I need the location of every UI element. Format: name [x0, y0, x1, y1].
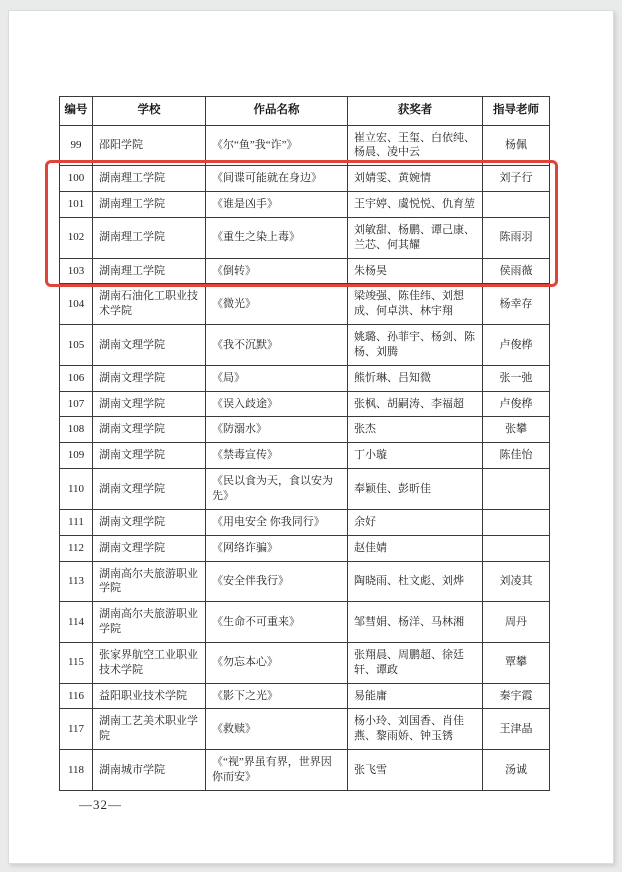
table-row: 117湖南工艺美术职业学院《救赎》杨小玲、刘国香、肖佳燕、黎雨娇、钟玉锈王津晶 [60, 709, 550, 750]
row-number-cell: 102 [60, 217, 93, 258]
school-cell: 湖南理工学院 [93, 166, 206, 192]
winners-cell: 陶晓雨、杜文彪、刘烨 [348, 561, 483, 602]
school-cell: 邵阳学院 [93, 125, 206, 166]
school-cell: 湖南文理学院 [93, 443, 206, 469]
work-title-cell: 《微光》 [206, 284, 348, 325]
school-cell: 湖南石油化工职业技术学院 [93, 284, 206, 325]
winners-cell: 张翔晨、周鹏超、徐廷轩、谭政 [348, 642, 483, 683]
table-row: 107湖南文理学院《误入歧途》张枫、胡嗣涛、李福超卢俊桦 [60, 391, 550, 417]
row-number-cell: 116 [60, 683, 93, 709]
work-title-cell: 《禁毒宣传》 [206, 443, 348, 469]
table-row: 100湖南理工学院《间谍可能就在身边》刘婧雯、黄婉情刘子行 [60, 166, 550, 192]
winners-cell: 奉颖佳、彭昕佳 [348, 469, 483, 510]
teacher-cell: 卢俊桦 [483, 391, 550, 417]
work-title-cell: 《局》 [206, 365, 348, 391]
teacher-cell [483, 535, 550, 561]
table-row: 110湖南文理学院《民以食为天，食以安为先》奉颖佳、彭昕佳 [60, 469, 550, 510]
school-cell: 湖南文理学院 [93, 391, 206, 417]
work-title-cell: 《勿忘本心》 [206, 642, 348, 683]
teacher-cell [483, 192, 550, 218]
work-title-cell: 《倒转》 [206, 258, 348, 284]
work-title-cell: 《救赎》 [206, 709, 348, 750]
row-number-cell: 110 [60, 469, 93, 510]
teacher-cell [483, 509, 550, 535]
table-row: 113湖南高尔夫旅游职业学院《安全伴我行》陶晓雨、杜文彪、刘烨刘凌其 [60, 561, 550, 602]
row-number-cell: 101 [60, 192, 93, 218]
header-school: 学校 [93, 97, 206, 126]
page-number: —32— [79, 797, 122, 813]
school-cell: 益阳职业技术学院 [93, 683, 206, 709]
teacher-cell: 陈佳怡 [483, 443, 550, 469]
work-title-cell: 《生命不可重来》 [206, 602, 348, 643]
row-number-cell: 108 [60, 417, 93, 443]
winners-cell: 丁小璇 [348, 443, 483, 469]
table-row: 105湖南文理学院《我不沉默》姚璐、孙菲宇、杨剑、陈杨、刘腾卢俊桦 [60, 325, 550, 366]
row-number-cell: 118 [60, 750, 93, 791]
school-cell: 张家界航空工业职业技术学院 [93, 642, 206, 683]
teacher-cell: 侯雨薇 [483, 258, 550, 284]
work-title-cell: 《用电安全 你我同行》 [206, 509, 348, 535]
winners-cell: 张枫、胡嗣涛、李福超 [348, 391, 483, 417]
header-number: 编号 [60, 97, 93, 126]
teacher-cell: 卢俊桦 [483, 325, 550, 366]
document-page: 编号 学校 作品名称 获奖者 指导老师 99邵阳学院《尔“鱼”我“诈”》崔立宏、… [8, 10, 614, 864]
row-number-cell: 115 [60, 642, 93, 683]
teacher-cell: 秦宇霞 [483, 683, 550, 709]
school-cell: 湖南高尔夫旅游职业学院 [93, 561, 206, 602]
winners-cell: 邹彗娟、杨洋、马林湘 [348, 602, 483, 643]
work-title-cell: 《间谍可能就在身边》 [206, 166, 348, 192]
row-number-cell: 99 [60, 125, 93, 166]
teacher-cell: 张一弛 [483, 365, 550, 391]
school-cell: 湖南工艺美术职业学院 [93, 709, 206, 750]
teacher-cell: 杨佩 [483, 125, 550, 166]
work-title-cell: 《安全伴我行》 [206, 561, 348, 602]
table-row: 111湖南文理学院《用电安全 你我同行》余好 [60, 509, 550, 535]
row-number-cell: 100 [60, 166, 93, 192]
row-number-cell: 112 [60, 535, 93, 561]
table-row: 115张家界航空工业职业技术学院《勿忘本心》张翔晨、周鹏超、徐廷轩、谭政覃攀 [60, 642, 550, 683]
header-title: 作品名称 [206, 97, 348, 126]
work-title-cell: 《误入歧途》 [206, 391, 348, 417]
school-cell: 湖南理工学院 [93, 258, 206, 284]
winners-cell: 崔立宏、王玺、白依纯、杨晨、凌中云 [348, 125, 483, 166]
row-number-cell: 106 [60, 365, 93, 391]
work-title-cell: 《尔“鱼”我“诈”》 [206, 125, 348, 166]
table-row: 106湖南文理学院《局》熊忻琳、吕知微张一弛 [60, 365, 550, 391]
work-title-cell: 《防溺水》 [206, 417, 348, 443]
row-number-cell: 117 [60, 709, 93, 750]
winners-cell: 杨小玲、刘国香、肖佳燕、黎雨娇、钟玉锈 [348, 709, 483, 750]
winners-cell: 刘婧雯、黄婉情 [348, 166, 483, 192]
work-title-cell: 《网络诈骗》 [206, 535, 348, 561]
row-number-cell: 109 [60, 443, 93, 469]
teacher-cell: 刘凌其 [483, 561, 550, 602]
table-row: 103湖南理工学院《倒转》朱杨昊侯雨薇 [60, 258, 550, 284]
table-row: 99邵阳学院《尔“鱼”我“诈”》崔立宏、王玺、白依纯、杨晨、凌中云杨佩 [60, 125, 550, 166]
teacher-cell: 杨幸存 [483, 284, 550, 325]
table-row: 104湖南石油化工职业技术学院《微光》梁竣强、陈佳纬、刘想成、何卓洪、林宇翔杨幸… [60, 284, 550, 325]
school-cell: 湖南文理学院 [93, 325, 206, 366]
awards-table: 编号 学校 作品名称 获奖者 指导老师 99邵阳学院《尔“鱼”我“诈”》崔立宏、… [59, 96, 550, 791]
school-cell: 湖南文理学院 [93, 509, 206, 535]
school-cell: 湖南文理学院 [93, 469, 206, 510]
winners-cell: 朱杨昊 [348, 258, 483, 284]
winners-cell: 余好 [348, 509, 483, 535]
table-row: 116益阳职业技术学院《影下之光》易能庸秦宇霞 [60, 683, 550, 709]
school-cell: 湖南文理学院 [93, 417, 206, 443]
table-row: 118湖南城市学院《“视”界虽有界，世界因你而安》张飞雪汤诚 [60, 750, 550, 791]
winners-cell: 熊忻琳、吕知微 [348, 365, 483, 391]
table-header-row: 编号 学校 作品名称 获奖者 指导老师 [60, 97, 550, 126]
header-teacher: 指导老师 [483, 97, 550, 126]
table-row: 101湖南理工学院《谁是凶手》王宇婷、虞悦悦、仇育堃 [60, 192, 550, 218]
winners-cell: 张杰 [348, 417, 483, 443]
row-number-cell: 105 [60, 325, 93, 366]
winners-cell: 赵佳婧 [348, 535, 483, 561]
winners-cell: 梁竣强、陈佳纬、刘想成、何卓洪、林宇翔 [348, 284, 483, 325]
teacher-cell: 陈雨羽 [483, 217, 550, 258]
school-cell: 湖南理工学院 [93, 192, 206, 218]
teacher-cell: 覃攀 [483, 642, 550, 683]
teacher-cell: 王津晶 [483, 709, 550, 750]
table-row: 102湖南理工学院《重生之染上毒》刘敏甜、杨鹏、谭己康、兰芯、何其耀陈雨羽 [60, 217, 550, 258]
school-cell: 湖南理工学院 [93, 217, 206, 258]
school-cell: 湖南文理学院 [93, 535, 206, 561]
teacher-cell: 周丹 [483, 602, 550, 643]
school-cell: 湖南高尔夫旅游职业学院 [93, 602, 206, 643]
winners-cell: 易能庸 [348, 683, 483, 709]
row-number-cell: 103 [60, 258, 93, 284]
school-cell: 湖南城市学院 [93, 750, 206, 791]
winners-cell: 王宇婷、虞悦悦、仇育堃 [348, 192, 483, 218]
school-cell: 湖南文理学院 [93, 365, 206, 391]
work-title-cell: 《我不沉默》 [206, 325, 348, 366]
work-title-cell: 《民以食为天，食以安为先》 [206, 469, 348, 510]
row-number-cell: 111 [60, 509, 93, 535]
row-number-cell: 114 [60, 602, 93, 643]
teacher-cell [483, 469, 550, 510]
table-row: 109湖南文理学院《禁毒宣传》丁小璇陈佳怡 [60, 443, 550, 469]
row-number-cell: 107 [60, 391, 93, 417]
table-row: 112湖南文理学院《网络诈骗》赵佳婧 [60, 535, 550, 561]
row-number-cell: 104 [60, 284, 93, 325]
winners-cell: 张飞雪 [348, 750, 483, 791]
winners-cell: 姚璐、孙菲宇、杨剑、陈杨、刘腾 [348, 325, 483, 366]
teacher-cell: 汤诚 [483, 750, 550, 791]
work-title-cell: 《影下之光》 [206, 683, 348, 709]
teacher-cell: 张攀 [483, 417, 550, 443]
work-title-cell: 《谁是凶手》 [206, 192, 348, 218]
work-title-cell: 《“视”界虽有界，世界因你而安》 [206, 750, 348, 791]
header-winners: 获奖者 [348, 97, 483, 126]
table-row: 108湖南文理学院《防溺水》张杰张攀 [60, 417, 550, 443]
teacher-cell: 刘子行 [483, 166, 550, 192]
table-row: 114湖南高尔夫旅游职业学院《生命不可重来》邹彗娟、杨洋、马林湘周丹 [60, 602, 550, 643]
work-title-cell: 《重生之染上毒》 [206, 217, 348, 258]
winners-cell: 刘敏甜、杨鹏、谭己康、兰芯、何其耀 [348, 217, 483, 258]
row-number-cell: 113 [60, 561, 93, 602]
